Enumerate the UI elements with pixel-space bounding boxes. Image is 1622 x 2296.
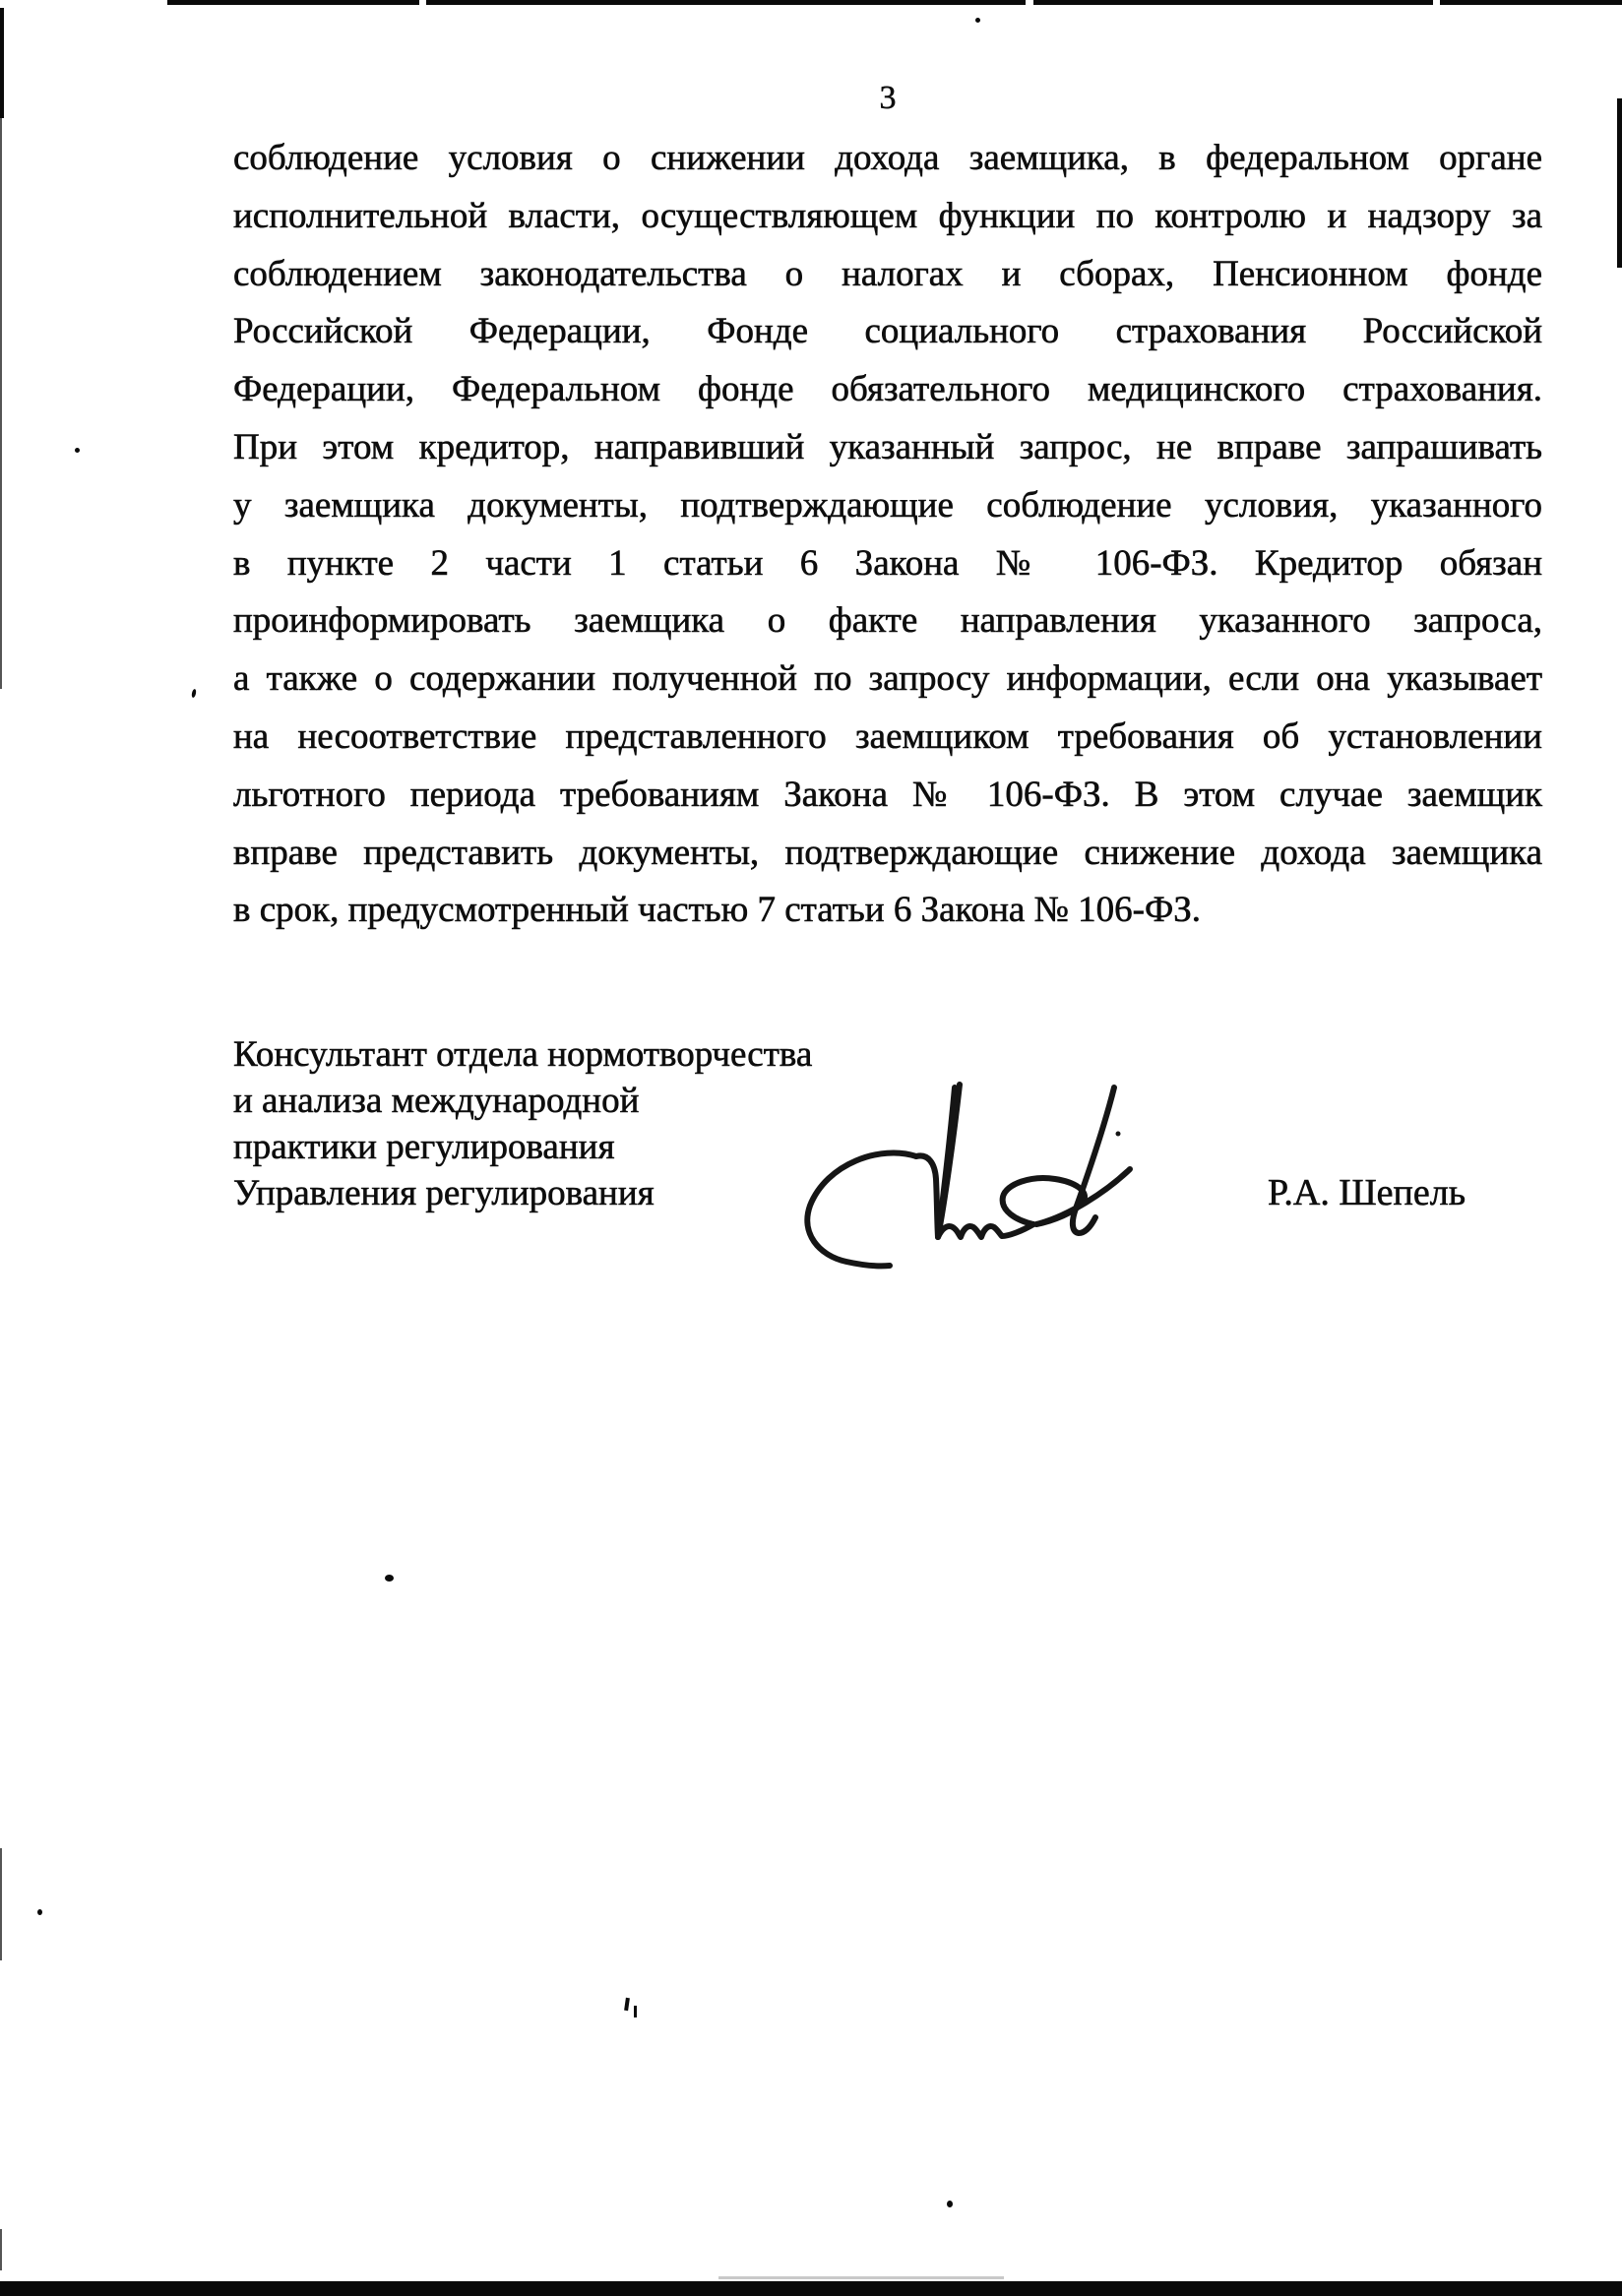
scan-edge-top: [426, 0, 1026, 5]
scan-speck: [385, 1575, 394, 1582]
body-line: Российской Федерации, Фонде социального …: [233, 303, 1542, 361]
document-page: 3 соблюдение условия о снижении дохода з…: [0, 0, 1622, 2296]
scan-edge-left: [0, 8, 4, 118]
body-line: При этом кредитор, направивший указанный…: [233, 419, 1542, 477]
scan-speck: [947, 2201, 953, 2207]
scan-edge-bottom: [718, 2276, 1004, 2279]
signature-icon: [797, 1043, 1171, 1299]
body-line: соблюдением законодательства о налогах и…: [233, 246, 1542, 304]
scan-edge-bottom: [0, 2281, 1622, 2296]
scan-edge-left: [0, 1848, 2, 1960]
scan-edge-top: [167, 0, 419, 5]
scan-speck: [191, 689, 197, 699]
body-line: проинформировать заемщика о факте направ…: [233, 592, 1542, 651]
scan-edge-top: [1033, 0, 1433, 5]
scan-speck: [37, 1909, 42, 1915]
scan-speck: [634, 2006, 637, 2017]
body-line: исполнительной власти, осуществляющем фу…: [233, 188, 1542, 246]
body-line: льготного периода требованиям Закона № 1…: [233, 767, 1542, 825]
scan-edge-left: [0, 118, 2, 689]
scan-speck: [624, 1998, 630, 2011]
body-paragraph: соблюдение условия о снижении дохода зае…: [233, 130, 1542, 940]
body-line: на несоответствие представленного заемщи…: [233, 709, 1542, 767]
signatory-name: Р.А. Шепель: [1268, 1171, 1466, 1214]
body-line: Федерации, Федеральном фонде обязательно…: [233, 361, 1542, 419]
scan-edge-left: [0, 2229, 2, 2270]
body-line: соблюдение условия о снижении дохода зае…: [233, 130, 1542, 188]
body-line: в срок, предусмотренный частью 7 статьи …: [233, 882, 1542, 940]
scan-edge-right: [1617, 98, 1622, 268]
scan-speck: [975, 18, 980, 23]
scan-speck: [75, 448, 80, 453]
scan-edge-top: [1440, 0, 1622, 5]
body-line: у заемщика документы, подтверждающие соб…: [233, 477, 1542, 535]
body-line: а также о содержании полученной по запро…: [233, 651, 1542, 709]
body-line: вправе представить документы, подтвержда…: [233, 825, 1542, 883]
page-number: 3: [233, 79, 1542, 118]
body-line: в пункте 2 части 1 статьи 6 Закона № 106…: [233, 535, 1542, 593]
